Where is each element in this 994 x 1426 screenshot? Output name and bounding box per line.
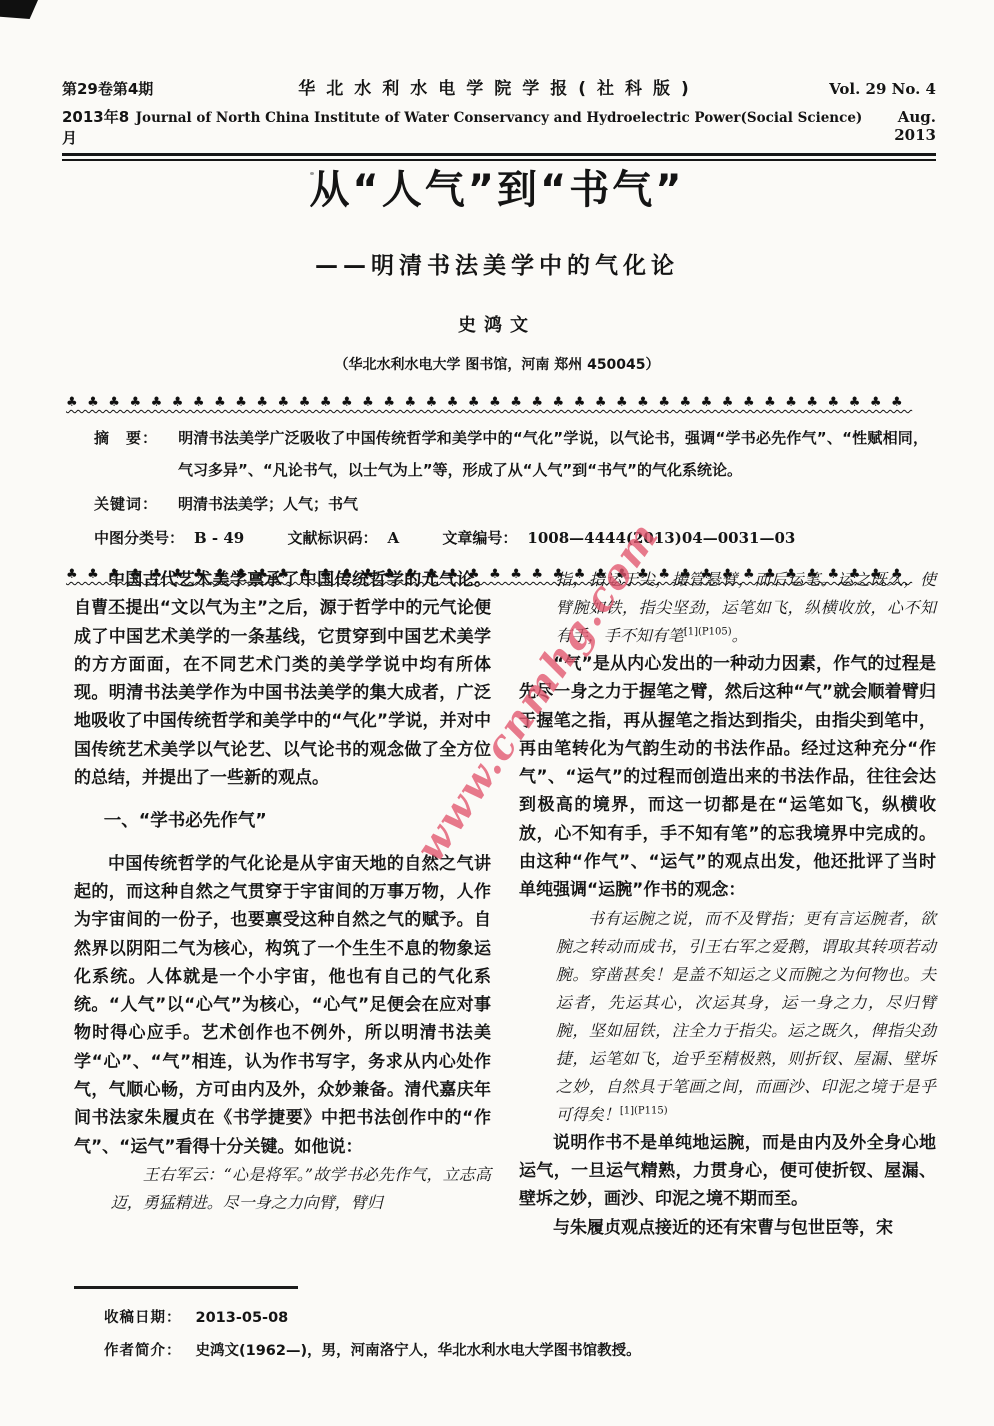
article-id-label: 文章编号： [442,529,517,547]
footnote-separator [74,1286,298,1289]
paragraph-qi-explanation: “气”是从内心发出的一种动力因素，作气的过程是先尽一身之力于握笔之臂，然后这种“… [519,650,936,905]
quote-tail-punctuation: 。 [732,626,748,645]
journal-header: 第29卷第4期 华北水利水电学院学报(社科版) Vol. 29 No. 4 20… [62,74,936,161]
abstract-block: ♣♣♣♣♣♣♣♣♣♣♣♣♣♣♣♣♣♣♣♣♣♣♣♣♣♣♣♣♣♣♣♣♣♣♣♣♣♣♣♣… [66,394,934,588]
clc-pair: 中图分类号：B - 49 [94,529,244,547]
paragraph-summary: 说明作书不是单纯地运腕，而是由内及外全身心地运气，一旦运气精熟，力贯身心，便可使… [519,1129,936,1214]
article-body: 中国古代艺术美学禀承了中国传统哲学的元气论。自曹丕提出“文以气为主”之后，源于哲… [74,566,936,1242]
volume-number-en: Vol. 29 No. 4 [786,80,936,98]
article-id-value: 1008—4444(2013)04—0031—03 [527,529,795,547]
journal-name-en: Journal of North China Institute of Wate… [136,110,863,126]
citation-ref-2: [1](P115) [620,1105,668,1116]
right-column: 指，指运于尖，撮管悬臂，而后运笔。运之既久，使臂腕如铁，指尖坚劲，运笔如飞，纵横… [519,566,936,1242]
issue-number-cn: 第29卷第4期 [62,78,212,99]
section-heading-1: 一、“学书必先作气” [74,807,491,835]
abstract-text: 明清书法美学广泛吸收了中国传统哲学和美学中的“气化”学说，以气论书，强调“学书必… [178,429,928,479]
clc-label: 中图分类号： [94,529,184,547]
abstract-row: 摘 要：明清书法美学广泛吸收了中国传统哲学和美学中的“气化”学说，以气论书，强调… [94,422,928,486]
issue-date-cn: 2013年8月 [62,106,136,148]
title-block: 从“人气”到“书气” ——明清书法美学中的气化论 史鸿文 （华北水利水电大学 图… [0,158,994,374]
author-bio-value: 史鸿文(1962—)，男，河南洛宁人，华北水利水电大学图书馆教授。 [196,1343,641,1359]
article-title: 从“人气”到“书气” [0,158,994,215]
author-bio-label: 作者简介： [104,1343,182,1359]
scan-artifact-corner [0,0,38,19]
paragraph-intro: 中国古代艺术美学禀承了中国传统哲学的元气论。自曹丕提出“文以气为主”之后，源于哲… [74,566,491,792]
blockquote-zhu-lvzhen-part2: 指，指运于尖，撮管悬臂，而后运笔。运之既久，使臂腕如铁，指尖坚劲，运笔如飞，纵横… [556,566,936,650]
citation-ref-1: [1](P105) [684,627,732,638]
received-date-row: 收稿日期：2013-05-08 [74,1302,754,1335]
footnote-area: 收稿日期：2013-05-08 作者简介：史鸿文(1962—)，男，河南洛宁人，… [74,1286,754,1368]
author-bio-row: 作者简介：史鸿文(1962—)，男，河南洛宁人，华北水利水电大学图书馆教授。 [74,1335,754,1368]
received-date-label: 收稿日期： [104,1310,182,1326]
keywords-label: 关键词： [94,488,178,520]
blockquote-zhu-lvzhen-part1: 王右军云：“心是将军。”故学书必先作气，立志高迈，勇猛精进。尽一身之力向臂，臂归 [111,1161,491,1217]
keywords-text: 明清书法美学；人气；书气 [178,495,358,513]
keywords-row: 关键词：明清书法美学；人气；书气 [94,488,928,520]
author-affiliation: （华北水利水电大学 图书馆，河南 郑州 450045） [0,354,994,374]
abstract-label: 摘 要： [94,422,178,454]
issue-date-en: Aug. 2013 [862,108,936,144]
abstract-inner: 摘 要：明清书法美学广泛吸收了中国传统哲学和美学中的“气化”学说，以气论书，强调… [66,416,934,558]
received-date-value: 2013-05-08 [196,1310,289,1326]
clc-value: B - 49 [194,529,244,547]
author-name: 史鸿文 [0,311,994,337]
journal-page-scan: 第29卷第4期 华北水利水电学院学报(社科版) Vol. 29 No. 4 20… [0,0,994,1426]
classification-row: 中图分类号：B - 49 文献标识码：A 文章编号：1008—4444(2013… [94,522,928,554]
paragraph-section1: 中国传统哲学的气化论是从宇宙天地的自然之气讲起的，而这种自然之气贯穿于宇宙间的万… [74,850,491,1161]
journal-name-cn: 华北水利水电学院学报(社科版) [298,74,700,99]
doc-code-pair: 文献标识码：A [287,529,399,547]
paragraph-next-authors: 与朱履贞观点接近的还有宋曹与包世臣等，宋 [519,1214,936,1242]
ornament-rule-top: ♣♣♣♣♣♣♣♣♣♣♣♣♣♣♣♣♣♣♣♣♣♣♣♣♣♣♣♣♣♣♣♣♣♣♣♣♣♣♣♣ [66,394,934,416]
left-column: 中国古代艺术美学禀承了中国传统哲学的元气论。自曹丕提出“文以气为主”之后，源于哲… [74,566,491,1242]
quote2-text: 书有运腕之说，而不及臂指；更有言运腕者，欲腕之转动而成书，引王右军之爱鹅，谓取其… [556,909,936,1124]
article-subtitle: ——明清书法美学中的气化论 [0,247,994,280]
blockquote-yunwan-critique: 书有运腕之说，而不及臂指；更有言运腕者，欲腕之转动而成书，引王右军之爱鹅，谓取其… [556,905,936,1129]
doc-code-value: A [388,529,400,547]
doc-code-label: 文献标识码： [287,529,377,547]
article-id-pair: 文章编号：1008—4444(2013)04—0031—03 [442,529,795,547]
